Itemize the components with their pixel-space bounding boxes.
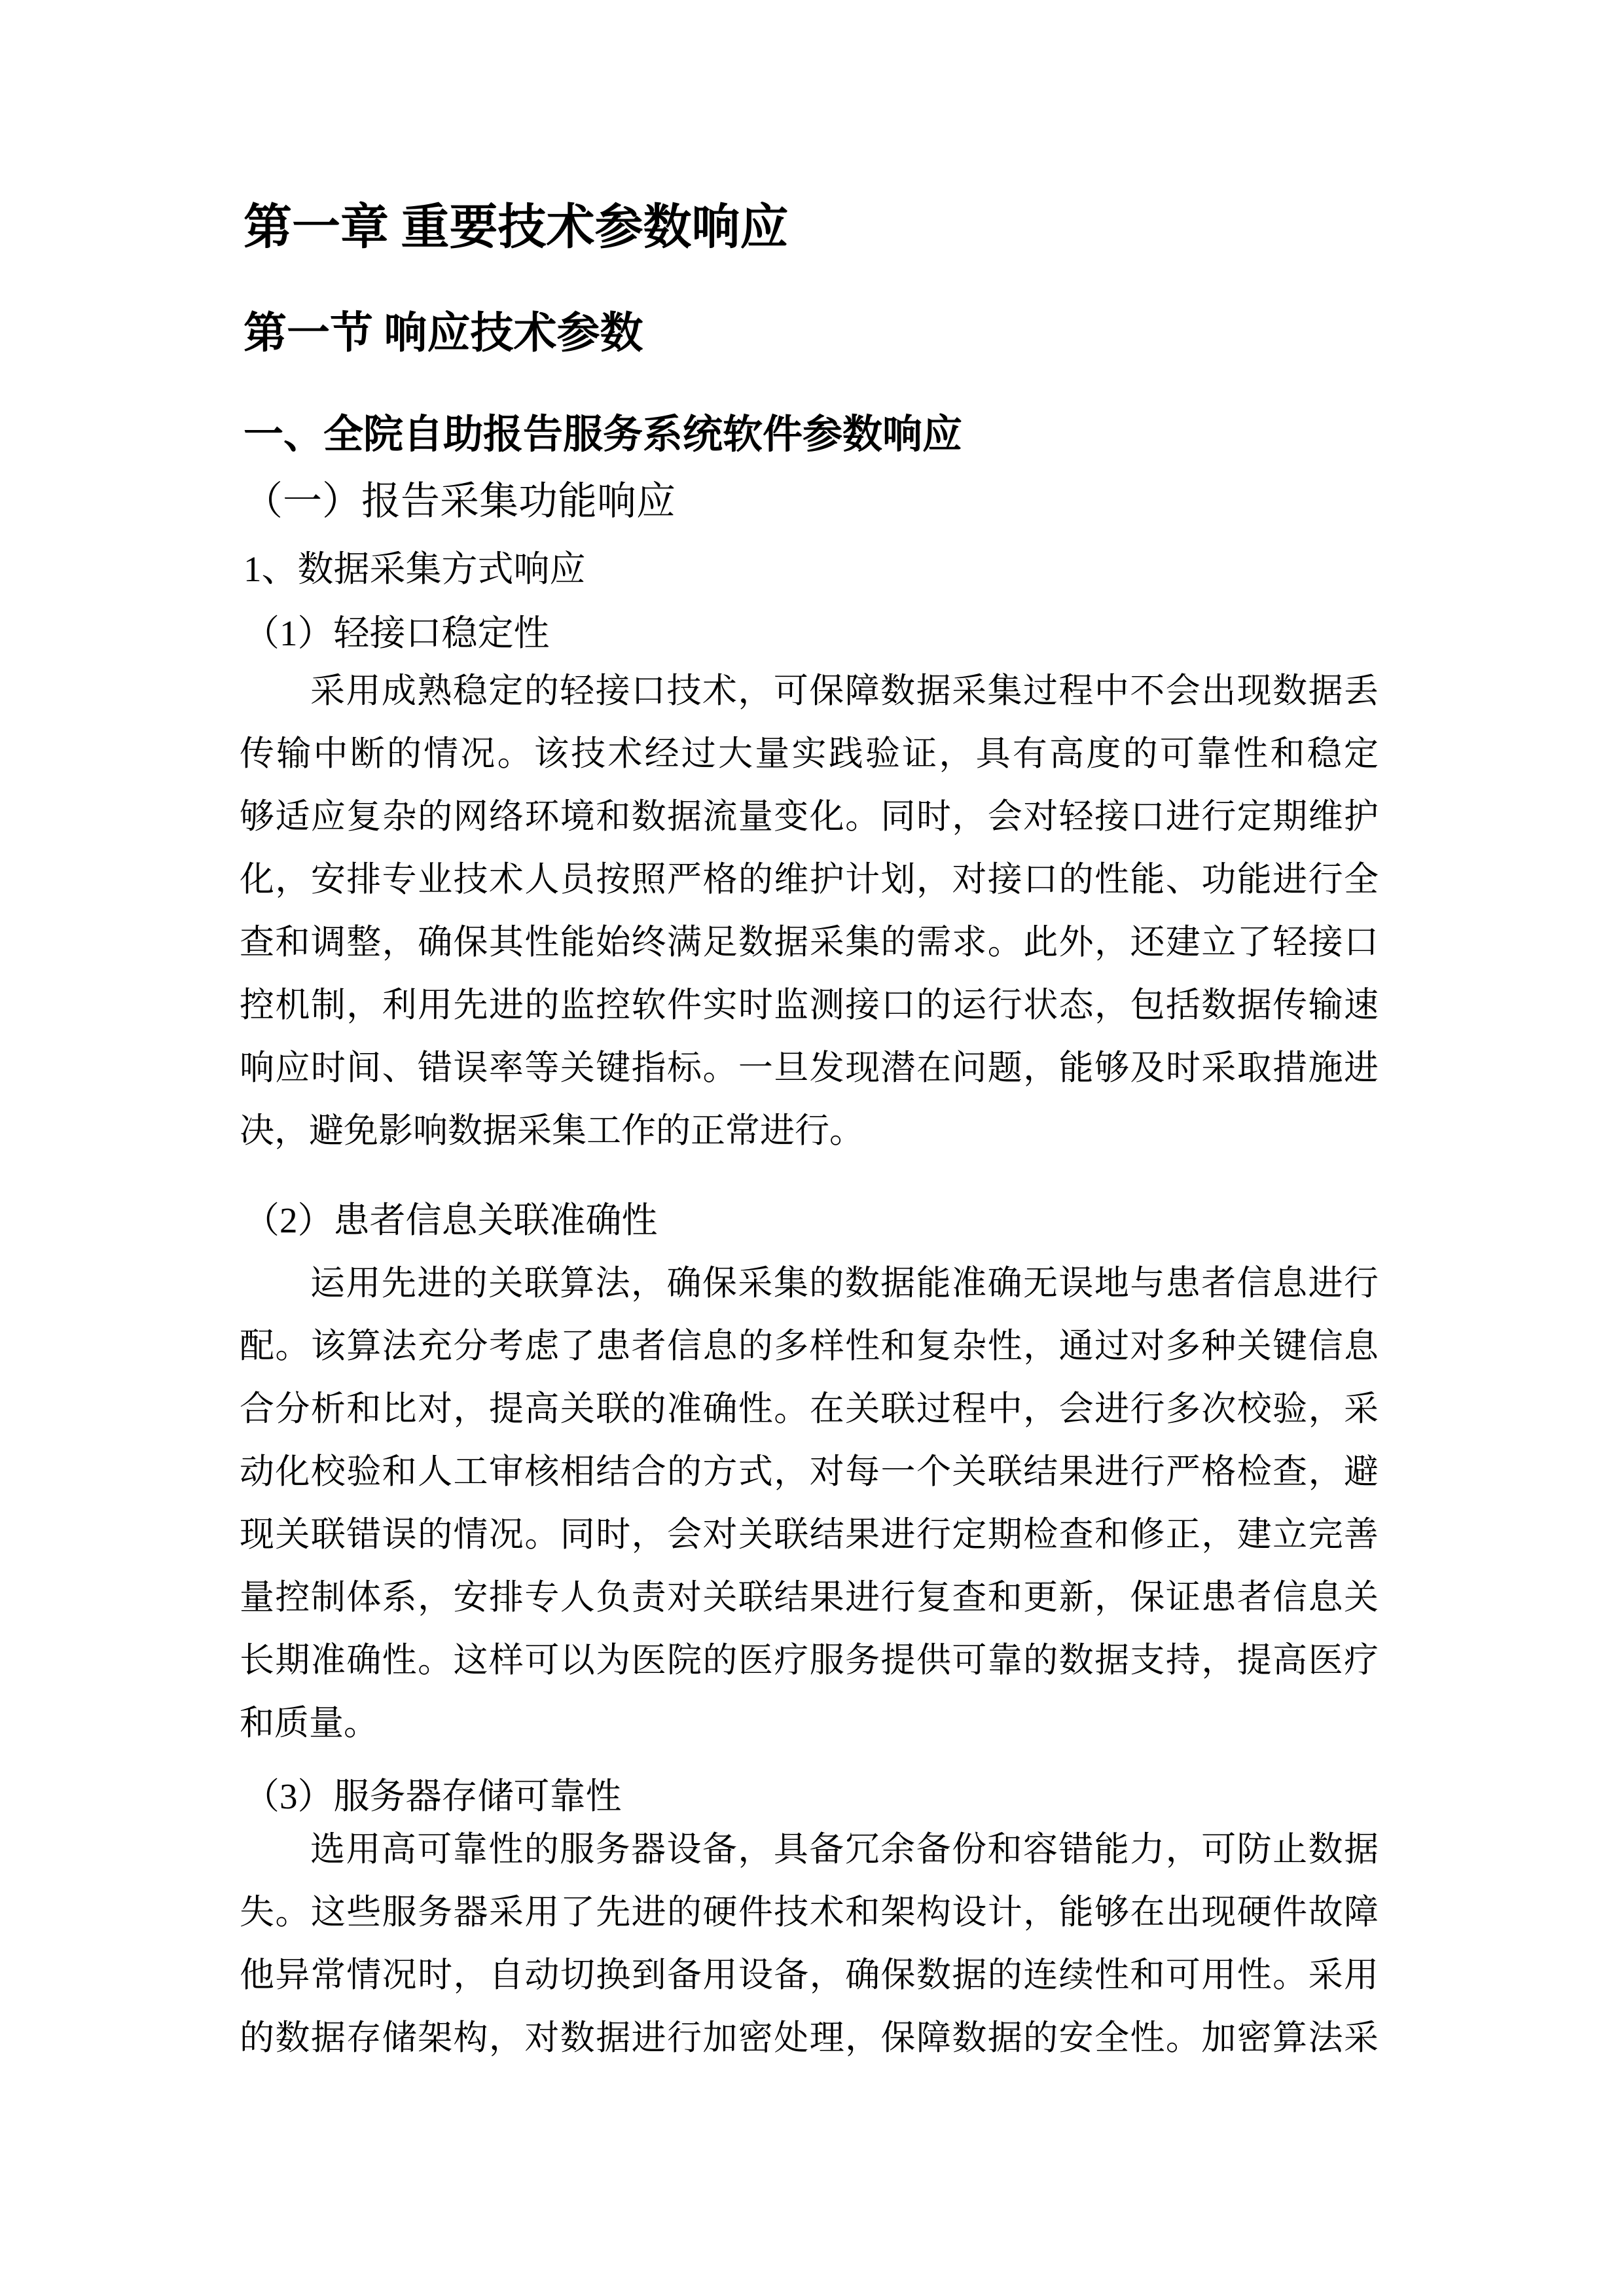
paragraph-line: 控机制，利用先进的监控软件实时监测接口的运行状态，包括数据传输速率、 [240,974,1379,1037]
clause-heading: （2）患者信息关联准确性 [244,1200,1384,1241]
paragraph-line: 查和调整，确保其性能始终满足数据采集的需求。此外，还建立了轻接口的监 [240,911,1379,974]
paragraph: 采用成熟稳定的轻接口技术，可保障数据采集过程中不会出现数据丢失或传输中断的情况。… [240,660,1379,1162]
paragraph-line: 运用先进的关联算法，确保采集的数据能准确无误地与患者信息进行匹 [240,1252,1379,1315]
paragraph-line: 现关联错误的情况。同时，会对关联结果进行定期检查和修正，建立完善的质 [240,1503,1379,1566]
paragraph-line: 决，避免影响数据采集工作的正常进行。 [240,1100,1379,1162]
paragraph-line: 动化校验和人工审核相结合的方式，对每一个关联结果进行严格检查，避免出 [240,1441,1379,1503]
paragraph-line: 采用成熟稳定的轻接口技术，可保障数据采集过程中不会出现数据丢失或 [240,660,1379,723]
paragraph-line: 量控制体系，安排专人负责对关联结果进行复查和更新，保证患者信息关联的 [240,1566,1379,1629]
paragraph-line: 的数据存储架构，对数据进行加密处理，保障数据的安全性。加密算法采用国 [240,2007,1379,2070]
paragraph-line: 响应时间、错误率等关键指标。一旦发现潜在问题，能够及时采取措施进行解 [240,1037,1379,1100]
paragraph-line: 化，安排专业技术人员按照严格的维护计划，对接口的性能、功能进行全面检 [240,848,1379,911]
paragraph-line: 选用高可靠性的服务器设备，具备冗余备份和容错能力，可防止数据丢 [240,1818,1379,1881]
paragraph-line: 合分析和比对，提高关联的准确性。在关联过程中，会进行多次校验，采用自 [240,1378,1379,1441]
paragraph: 选用高可靠性的服务器设备，具备冗余备份和容错能力，可防止数据丢失。这些服务器采用… [240,1818,1379,2070]
paragraph: 运用先进的关联算法，确保采集的数据能准确无误地与患者信息进行匹配。该算法充分考虑… [240,1252,1379,1755]
item-heading: （一）报告采集功能响应 [244,479,1384,524]
paragraph-line: 失。这些服务器采用了先进的硬件技术和架构设计，能够在出现硬件故障或其 [240,1881,1379,1944]
paragraph-line: 长期准确性。这样可以为医院的医疗服务提供可靠的数据支持，提高医疗效率 [240,1629,1379,1692]
paragraph-line: 和质量。 [240,1692,1379,1755]
paragraph-line: 够适应复杂的网络环境和数据流量变化。同时，会对轻接口进行定期维护和优 [240,785,1379,848]
paragraph-line: 传输中断的情况。该技术经过大量实践验证，具有高度的可靠性和稳定性，能 [240,723,1379,785]
subsection-heading: 一、全院自助报告服务系统软件参数响应 [244,412,1384,458]
numbered-heading: 1、数据采集方式响应 [244,548,1384,590]
section-heading: 第一节 响应技术参数 [244,309,1384,359]
chapter-heading: 第一章 重要技术参数响应 [244,200,1384,256]
clause-heading: （1）轻接口稳定性 [244,613,1384,654]
paragraph-line: 配。该算法充分考虑了患者信息的多样性和复杂性，通过对多种关键信息的综 [240,1315,1379,1378]
clause-heading: （3）服务器存储可靠性 [244,1776,1384,1817]
document-page: 第一章 重要技术参数响应第一节 响应技术参数一、全院自助报告服务系统软件参数响应… [0,0,1624,2296]
paragraph-line: 他异常情况时，自动切换到备用设备，确保数据的连续性和可用性。采用安全 [240,1944,1379,2007]
